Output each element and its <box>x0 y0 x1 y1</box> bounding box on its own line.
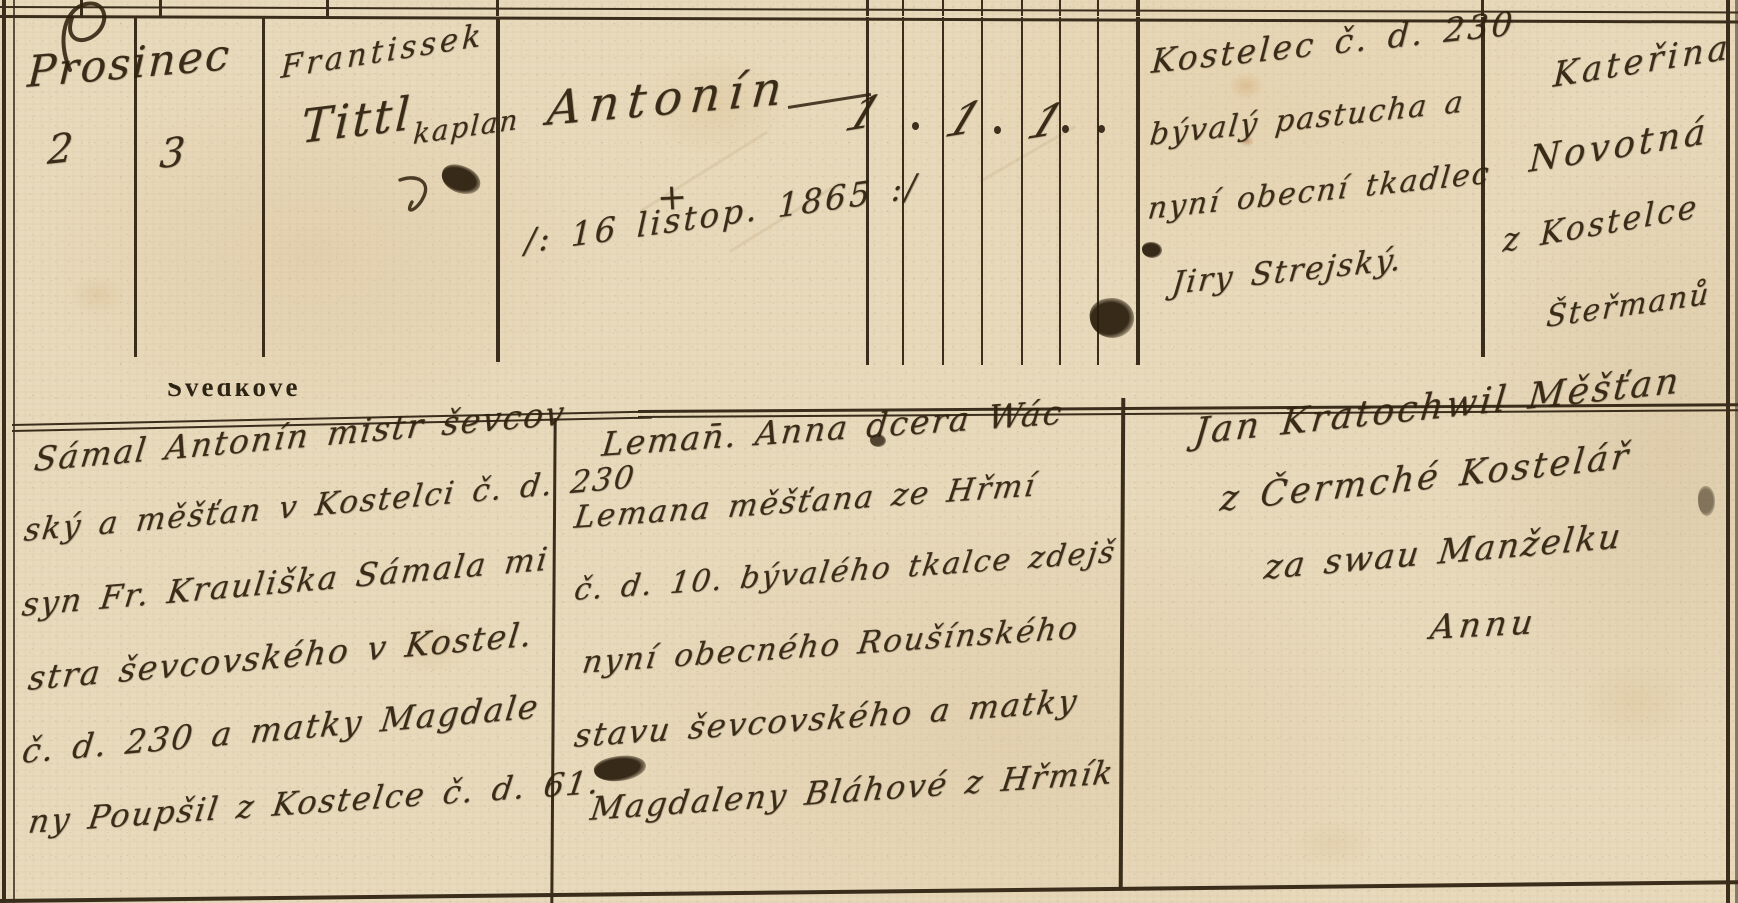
mother-line: Kateřina <box>1552 27 1733 96</box>
paper-stain <box>70 275 125 315</box>
death-note: /: 16 listop. 1865 :/ <box>524 166 920 261</box>
ink-blot <box>1142 242 1162 258</box>
father-line: nyní obecní tkadlec <box>1146 155 1492 227</box>
column-tick-previous-row <box>1059 0 1061 16</box>
witness-column-divider <box>1119 398 1126 890</box>
father-line: Jiry Strejský. <box>1170 241 1405 302</box>
column-divider <box>496 17 500 362</box>
mother-line: z Kostelce <box>1502 187 1700 260</box>
witness-left-line: ny Poupšil z Kostelce č. d. 61. <box>26 763 603 841</box>
priest-title: kaplan <box>412 102 521 151</box>
column-tick-previous-row <box>1136 0 1140 16</box>
witness-left-line: č. d. 230 a matky Magdale <box>20 686 542 771</box>
child-name: Antonín <box>545 60 792 137</box>
record-day: 2 <box>46 125 77 174</box>
mother-line: Novotná <box>1528 111 1710 181</box>
witness-right-line: z Čermché Kostelář <box>1218 436 1633 520</box>
witness-middle-line: Lemana měšťana ze Hřmí <box>572 467 1039 536</box>
register-page-scan: Svědkové. Prosinec 2 3 Frantissek Tittl … <box>0 0 1738 903</box>
mother-line: Šteřmanů <box>1545 276 1712 335</box>
record-number: 3 <box>158 129 189 178</box>
paper-stain <box>1290 820 1375 868</box>
ink-blot <box>870 434 886 447</box>
tally-dot <box>1062 125 1069 133</box>
tally-dot <box>912 122 919 130</box>
page-left-edge-inner <box>13 0 15 903</box>
pen-flourish <box>390 172 450 222</box>
ink-blot <box>1698 486 1715 516</box>
tally-column-line <box>1021 17 1023 365</box>
ink-blot <box>1087 295 1136 341</box>
tally-column-line <box>981 17 983 365</box>
witness-left-line: Sámal Antonín mistr ševcov <box>32 393 568 479</box>
witness-middle-line: nyní obecného Roušínského <box>580 610 1082 681</box>
priest-surname: Tittl <box>300 86 414 154</box>
tally-dot <box>994 126 1001 134</box>
column-tick-previous-row <box>981 0 983 16</box>
tally-mark: 1 <box>938 90 991 148</box>
tally-mark: 1 <box>1020 92 1073 150</box>
tally-column-line <box>1136 17 1140 365</box>
page-left-edge <box>2 0 6 903</box>
witness-left-line: ský a měšťan v Kostelci č. d. 230 <box>22 459 638 549</box>
witnesses-printed-header-label: Svědkové. <box>167 383 299 403</box>
tally-column-line <box>942 17 944 365</box>
witness-left-line: syn Fr. Krauliška Sámala mi <box>20 539 551 624</box>
page-right-edge <box>1726 0 1730 903</box>
witness-middle-line: Magdaleny Bláhové z Hřmík <box>588 753 1117 828</box>
tally-column-line <box>1059 17 1061 365</box>
paper-stain <box>1228 72 1264 100</box>
witness-left-line: stra ševcovského v Kostel. <box>26 614 536 698</box>
witnesses-printed-header: Svědkové. <box>167 383 299 404</box>
father-line: Kostelec č. d. 230 <box>1150 3 1517 81</box>
row-divider-bottom-rule <box>0 880 1738 903</box>
witness-right-line: Annu <box>1428 602 1539 648</box>
column-tick-previous-row <box>1097 0 1099 16</box>
witness-middle-line: stavu ševcovského a matky <box>572 681 1081 755</box>
paper-stain <box>1580 660 1690 745</box>
tally-dot <box>1098 125 1105 133</box>
witness-middle-line: Leman̄. Anna dcera Wác <box>600 392 1065 464</box>
witness-right-line: za swau Manželku <box>1262 516 1625 588</box>
tally-mark: 1 <box>838 84 891 142</box>
father-line: bývalý pastucha a <box>1148 84 1466 153</box>
column-divider <box>262 17 265 357</box>
witness-middle-line: č. d. 10. bývalého tkalce zdejš <box>572 535 1119 608</box>
column-tick-previous-row <box>1021 0 1023 16</box>
priest-first-name: Frantissek <box>280 17 485 86</box>
